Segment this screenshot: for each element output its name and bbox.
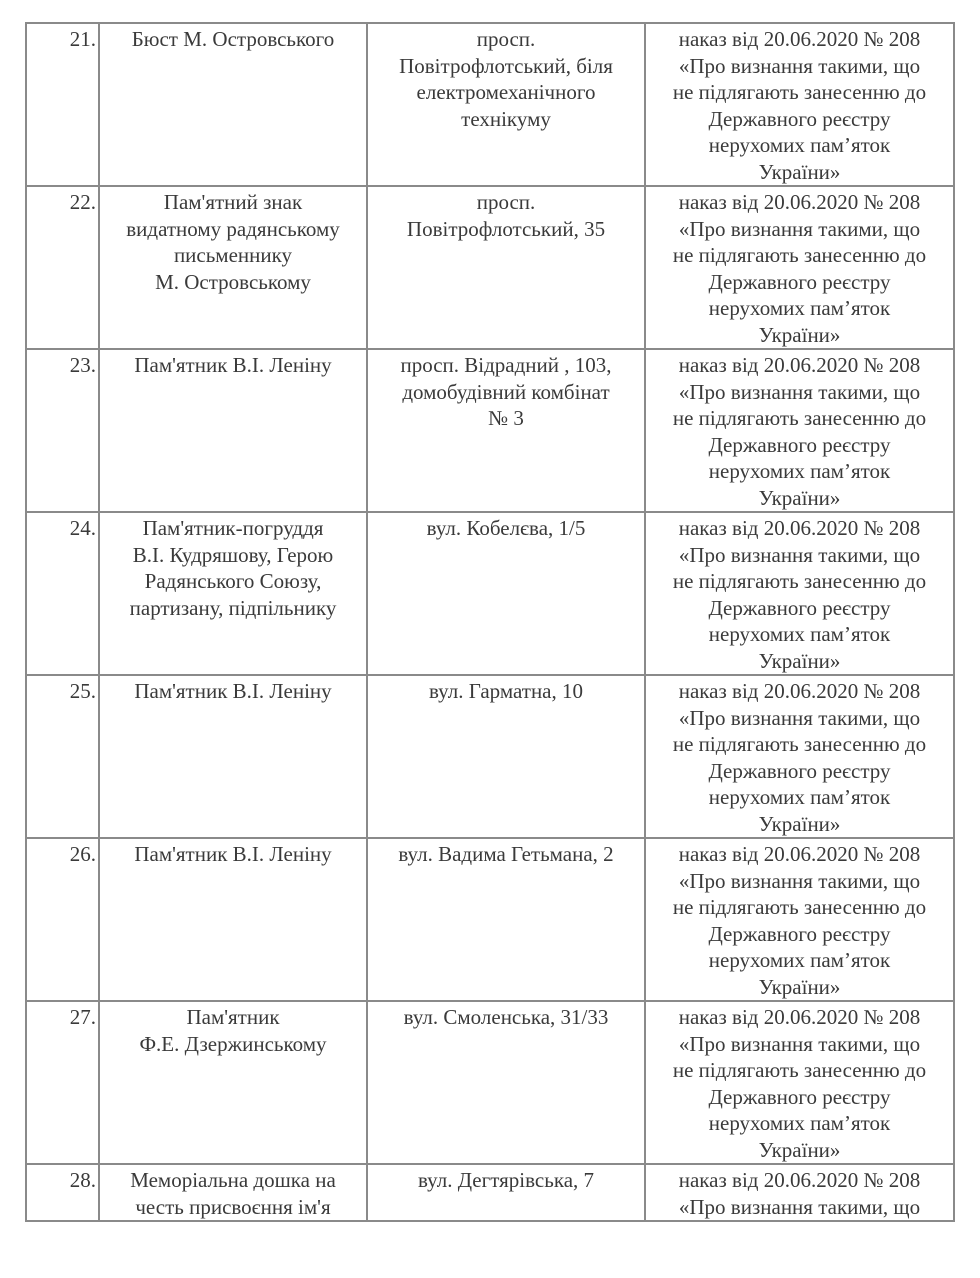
order-reference: наказ від 20.06.2020 № 208 «Про визнання… [645,838,954,1001]
monuments-table: 21. Бюст М. Островського просп. Повітроф… [25,22,955,1222]
order-reference: наказ від 20.06.2020 № 208 «Про визнання… [645,1164,954,1221]
row-number: 25. [26,675,99,838]
order-reference: наказ від 20.06.2020 № 208 «Про визнання… [645,349,954,512]
table-row: 22. Пам'ятний знак видатному радянському… [26,186,954,349]
table-row: 21. Бюст М. Островського просп. Повітроф… [26,23,954,186]
row-number: 28. [26,1164,99,1221]
table-row: 27. Пам'ятник Ф.Е. Дзержинському вул. См… [26,1001,954,1164]
monument-address: вул. Кобелєва, 1/5 [367,512,645,675]
table-row: 26. Пам'ятник В.І. Леніну вул. Вадима Ге… [26,838,954,1001]
monument-name: Пам'ятник Ф.Е. Дзержинському [99,1001,367,1164]
table-row: 23. Пам'ятник В.І. Леніну просп. Відрадн… [26,349,954,512]
monument-address: просп. Відрадний , 103, домобудівний ком… [367,349,645,512]
monument-name: Пам'ятник В.І. Леніну [99,349,367,512]
row-number: 21. [26,23,99,186]
monument-address: просп. Повітрофлотський, біля електромех… [367,23,645,186]
order-reference: наказ від 20.06.2020 № 208 «Про визнання… [645,1001,954,1164]
table-row: 25. Пам'ятник В.І. Леніну вул. Гарматна,… [26,675,954,838]
order-reference: наказ від 20.06.2020 № 208 «Про визнання… [645,675,954,838]
row-number: 26. [26,838,99,1001]
row-number: 23. [26,349,99,512]
monument-name: Меморіальна дошка на честь присвоєння ім… [99,1164,367,1221]
monument-address: вул. Дегтярівська, 7 [367,1164,645,1221]
monument-address: вул. Вадима Гетьмана, 2 [367,838,645,1001]
row-number: 27. [26,1001,99,1164]
table-row: 28. Меморіальна дошка на честь присвоєнн… [26,1164,954,1221]
monument-address: вул. Гарматна, 10 [367,675,645,838]
monument-name: Бюст М. Островського [99,23,367,186]
order-reference: наказ від 20.06.2020 № 208 «Про визнання… [645,512,954,675]
row-number: 24. [26,512,99,675]
monument-name: Пам'ятник-погруддя В.І. Кудряшову, Герою… [99,512,367,675]
order-reference: наказ від 20.06.2020 № 208 «Про визнання… [645,186,954,349]
table-row: 24. Пам'ятник-погруддя В.І. Кудряшову, Г… [26,512,954,675]
monument-address: просп. Повітрофлотський, 35 [367,186,645,349]
monument-address: вул. Смоленська, 31/33 [367,1001,645,1164]
order-reference: наказ від 20.06.2020 № 208 «Про визнання… [645,23,954,186]
monument-name: Пам'ятник В.І. Леніну [99,675,367,838]
monument-name: Пам'ятний знак видатному радянському пис… [99,186,367,349]
monument-name: Пам'ятник В.І. Леніну [99,838,367,1001]
row-number: 22. [26,186,99,349]
